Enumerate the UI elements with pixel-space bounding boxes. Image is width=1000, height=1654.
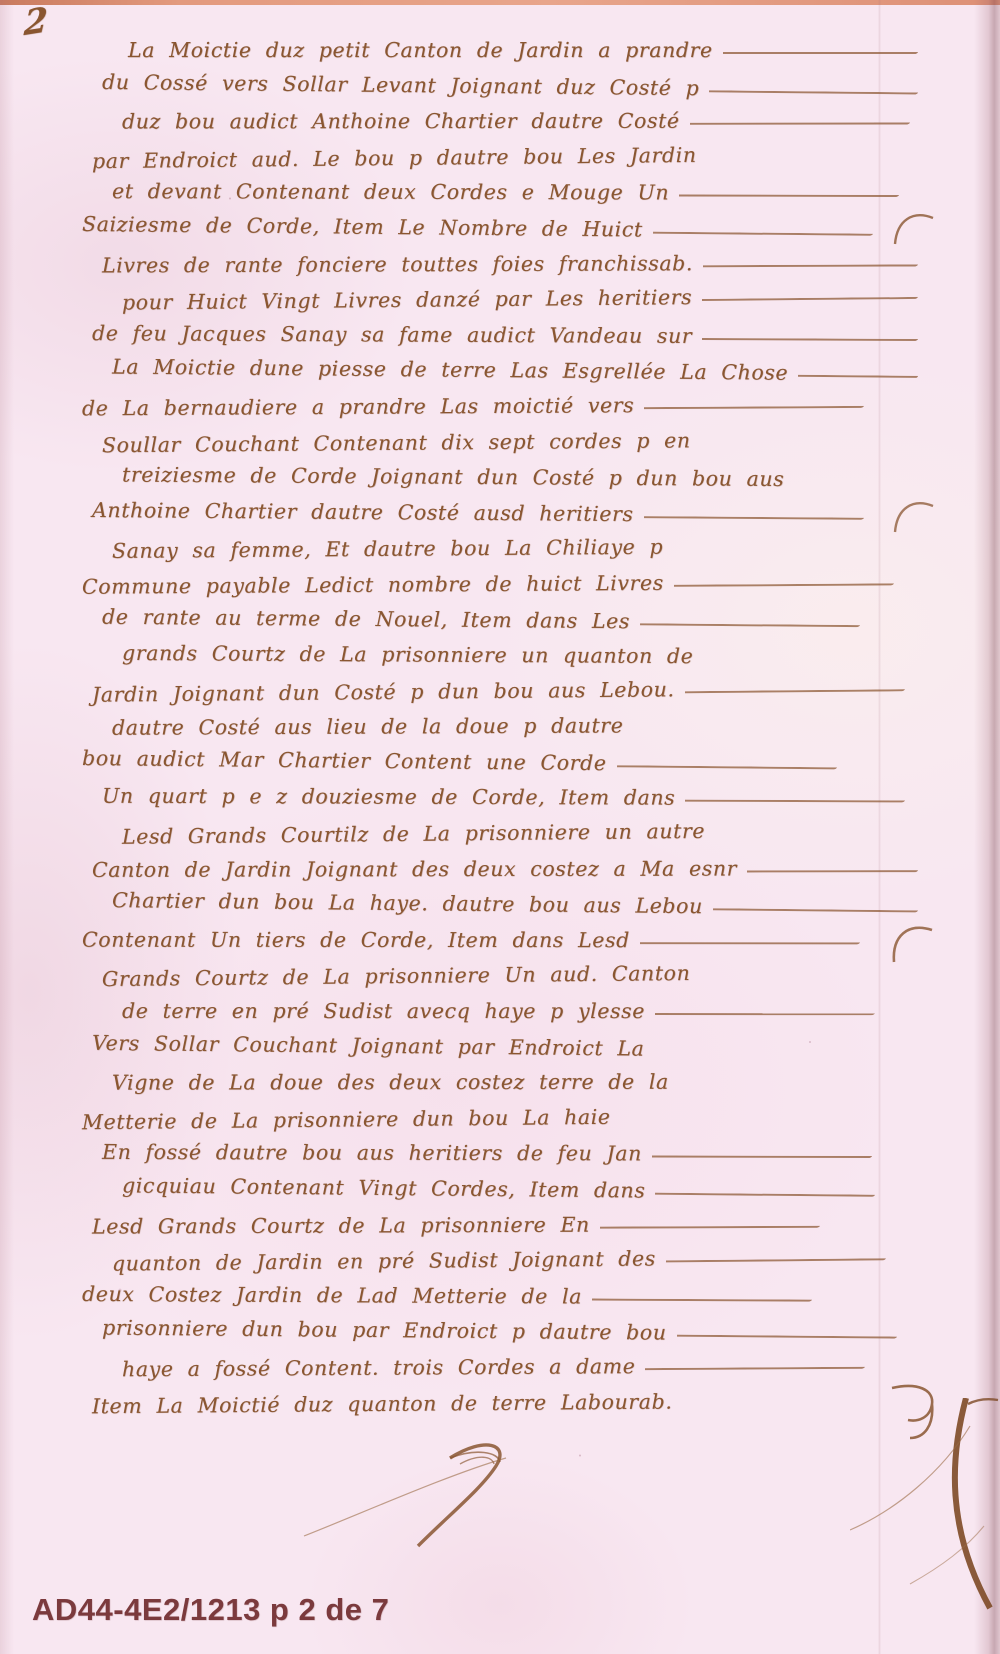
manuscript-line-text: du Cossé vers Sollar Levant Joignant duz… — [102, 70, 699, 100]
manuscript-line-text: Anthoine Chartier dautre Costé ausd heri… — [92, 498, 634, 526]
manuscript-line-text: Item La Moictié duz quanton de terre Lab… — [92, 1389, 673, 1418]
manuscript-line-text: Contenant Un tiers de Corde, Item dans L… — [82, 927, 630, 951]
line-filler-ink-stroke — [703, 264, 918, 278]
manuscript-line: Lesd Grands Courtz de La prisonniere En — [62, 1211, 922, 1250]
manuscript-line-text: Vers Sollar Couchant Joignant par Endroi… — [92, 1030, 645, 1060]
manuscript-line-text: Grands Courtz de La prisonniere Un aud. … — [102, 961, 691, 991]
manuscript-line-text: dautre Costé aus lieu de la doue p dautr… — [112, 714, 624, 740]
manuscript-line-text: pour Huict Vingt Livres danzé par Les he… — [122, 285, 692, 314]
manuscript-line-text: par Endroict aud. Le bou p dautre bou Le… — [92, 143, 697, 173]
line-filler-ink-stroke — [679, 195, 899, 209]
manuscript-text-block: La Moictie duz petit Canton de Jardin a … — [62, 38, 922, 1426]
manuscript-line: pour Huict Vingt Livres danzé par Les he… — [62, 283, 922, 327]
manuscript-line-text: Jardin Joignant dun Costé p dun bou aus … — [92, 677, 675, 706]
manuscript-line: gicquiau Contenant Vingt Cordes, Item da… — [62, 1173, 922, 1217]
margin-hook-ink — [893, 208, 937, 248]
manuscript-line-text: treiziesme de Corde Joignant dun Costé p… — [122, 463, 784, 492]
line-filler-ink-stroke — [640, 942, 860, 955]
manuscript-line: quanton de Jardin en pré Sudist Joignant… — [62, 1244, 922, 1288]
manuscript-line: duz bou audict Anthoine Chartier dautre … — [62, 109, 922, 146]
line-filler-ink-stroke — [592, 1299, 812, 1313]
line-filler-ink-stroke — [666, 1259, 886, 1274]
line-filler-ink-stroke — [644, 406, 864, 420]
line-filler-ink-stroke — [747, 870, 918, 883]
manuscript-line-text: haye a fossé Content. trois Cordes a dam… — [122, 1354, 636, 1381]
line-filler-ink-stroke — [723, 52, 918, 65]
manuscript-line: Canton de Jardin Joignant des deux coste… — [62, 856, 922, 893]
manuscript-line-text: En fossé dautre bou aus heritiers de feu… — [102, 1140, 642, 1166]
manuscript-line-text: Lesd Grands Courtilz de La prisonniere u… — [122, 819, 705, 849]
manuscript-line-text: deux Costez Jardin de Lad Metterie de la — [82, 1282, 582, 1309]
line-filler-ink-stroke — [640, 623, 860, 638]
manuscript-line-text: et devant Contenant deux Cordes e Mouge … — [112, 179, 669, 204]
manuscript-line-text: La Moictie dune piesse de terre Las Esgr… — [112, 355, 788, 385]
manuscript-line-text: Commune payable Ledict nombre de huict L… — [82, 571, 664, 599]
manuscript-line: par Endroict aud. Le bou p dautre bou Le… — [62, 140, 922, 184]
line-filler-ink-stroke — [685, 800, 905, 814]
line-filler-ink-stroke — [676, 1335, 896, 1350]
margin-hook-ink — [893, 496, 937, 536]
manuscript-line-text: Sanay sa femme, Et dautre bou La Chiliay… — [112, 535, 663, 563]
line-filler-ink-stroke — [616, 765, 836, 780]
line-filler-ink-stroke — [709, 90, 918, 105]
manuscript-line-text: Chartier dun bou La haye. dautre bou aus… — [112, 888, 703, 918]
manuscript-line: Saiziesme de Corde, Item Le Nombre de Hu… — [62, 212, 922, 256]
manuscript-line: de terre en pré Sudist avecq haye p yles… — [62, 999, 922, 1035]
manuscript-line-text: de terre en pré Sudist avecq haye p yles… — [122, 999, 645, 1023]
manuscript-line: Grands Courtz de La prisonniere Un aud. … — [62, 959, 922, 1004]
manuscript-line-text: de feu Jacques Sanay sa fame audict Vand… — [92, 321, 692, 348]
pen-flourish — [300, 1418, 600, 1568]
line-filler-ink-stroke — [674, 584, 894, 598]
line-filler-ink-stroke — [713, 909, 918, 924]
manuscript-line: Lesd Grands Courtilz de La prisonniere u… — [62, 817, 922, 861]
line-filler-ink-stroke — [653, 232, 873, 247]
margin-hook-ink — [890, 920, 936, 966]
manuscript-line-text: Canton de Jardin Joignant des deux coste… — [92, 856, 737, 881]
manuscript-line: En fossé dautre bou aus heritiers de feu… — [62, 1140, 922, 1178]
manuscript-line-text: La Moictie duz petit Canton de Jardin a … — [128, 38, 713, 62]
manuscript-line: Chartier dun bou La haye. dautre bou aus… — [62, 888, 922, 932]
line-filler-ink-stroke — [798, 375, 918, 389]
manuscript-line: dautre Costé aus lieu de la doue p dautr… — [62, 712, 922, 751]
archive-reference-caption: AD44-4E2/1213 p 2 de 7 — [32, 1592, 389, 1628]
manuscript-line-text: de rante au terme de Nouel, Item dans Le… — [102, 604, 630, 633]
manuscript-line-text: prisonniere dun bou par Endroict p dautr… — [102, 1316, 667, 1345]
line-filler-ink-stroke — [702, 297, 918, 312]
scan-edge-left — [0, 0, 14, 1654]
manuscript-page: 2 La Moictie duz petit Canton de Jardin … — [0, 0, 1000, 1654]
manuscript-line: grands Courtz de La prisonniere un quant… — [62, 641, 922, 681]
manuscript-line-text: bou audict Mar Chartier Content une Cord… — [82, 746, 607, 775]
manuscript-line: et devant Contenant deux Cordes e Mouge … — [62, 179, 922, 217]
scan-edge-top — [0, 0, 1000, 5]
manuscript-line: Un quart p e z douziesme de Corde, Item … — [62, 784, 922, 822]
manuscript-line-text: Metterie de La prisonniere dun bou La ha… — [82, 1105, 611, 1134]
manuscript-line: haye a fossé Content. trois Cordes a dam… — [62, 1352, 922, 1393]
line-filler-ink-stroke — [600, 1226, 820, 1240]
line-filler-ink-stroke — [645, 1367, 865, 1381]
manuscript-line-text: Lesd Grands Courtz de La prisonniere En — [92, 1212, 590, 1238]
manuscript-line-text: de La bernaudiere a prandre Las moictié … — [82, 393, 634, 420]
manuscript-line: de La bernaudiere a prandre Las moictié … — [62, 391, 922, 432]
line-filler-ink-stroke — [702, 338, 918, 352]
manuscript-line-text: gicquiau Contenant Vingt Cordes, Item da… — [122, 1173, 646, 1202]
manuscript-line: du Cossé vers Sollar Levant Joignant duz… — [62, 69, 922, 114]
line-filler-ink-stroke — [655, 1013, 875, 1026]
corner-ink-stroke — [850, 1398, 1000, 1618]
manuscript-line-text: Livres de rante fonciere touttes foies f… — [102, 251, 693, 277]
page-number: 2 — [23, 0, 49, 44]
line-filler-ink-stroke — [643, 516, 863, 531]
manuscript-line: Sanay sa femme, Et dautre bou La Chiliay… — [62, 533, 922, 575]
manuscript-line-text: Saiziesme de Corde, Item Le Nombre de Hu… — [82, 212, 643, 242]
manuscript-line: Vigne de La doue des deux costez terre d… — [62, 1070, 922, 1107]
manuscript-line: Commune payable Ledict nombre de huict L… — [62, 569, 922, 610]
line-filler-ink-stroke — [655, 1193, 875, 1208]
manuscript-line-text: Un quart p e z douziesme de Corde, Item … — [102, 784, 675, 810]
manuscript-line: treiziesme de Corde Joignant dun Costé p… — [62, 462, 922, 503]
manuscript-line-text: quanton de Jardin en pré Sudist Joignant… — [112, 1247, 656, 1276]
manuscript-line-text: Vigne de La doue des deux costez terre d… — [112, 1070, 669, 1095]
line-filler-ink-stroke — [690, 123, 910, 136]
manuscript-line-text: duz bou audict Anthoine Chartier dautre … — [122, 109, 680, 134]
line-filler-ink-stroke — [685, 689, 905, 704]
manuscript-line-text: Soullar Couchant Contenant dix sept cord… — [102, 428, 691, 457]
manuscript-line: Metterie de La prisonniere dun bou La ha… — [62, 1101, 922, 1145]
manuscript-line: Vers Sollar Couchant Joignant par Endroi… — [62, 1030, 922, 1075]
manuscript-line: Contenant Un tiers de Corde, Item dans L… — [62, 927, 922, 963]
manuscript-line-text: grands Courtz de La prisonniere un quant… — [122, 641, 693, 668]
manuscript-line: Livres de rante fonciere touttes foies f… — [62, 250, 922, 289]
line-filler-ink-stroke — [652, 1156, 872, 1170]
manuscript-line: La Moictie duz petit Canton de Jardin a … — [62, 38, 922, 74]
